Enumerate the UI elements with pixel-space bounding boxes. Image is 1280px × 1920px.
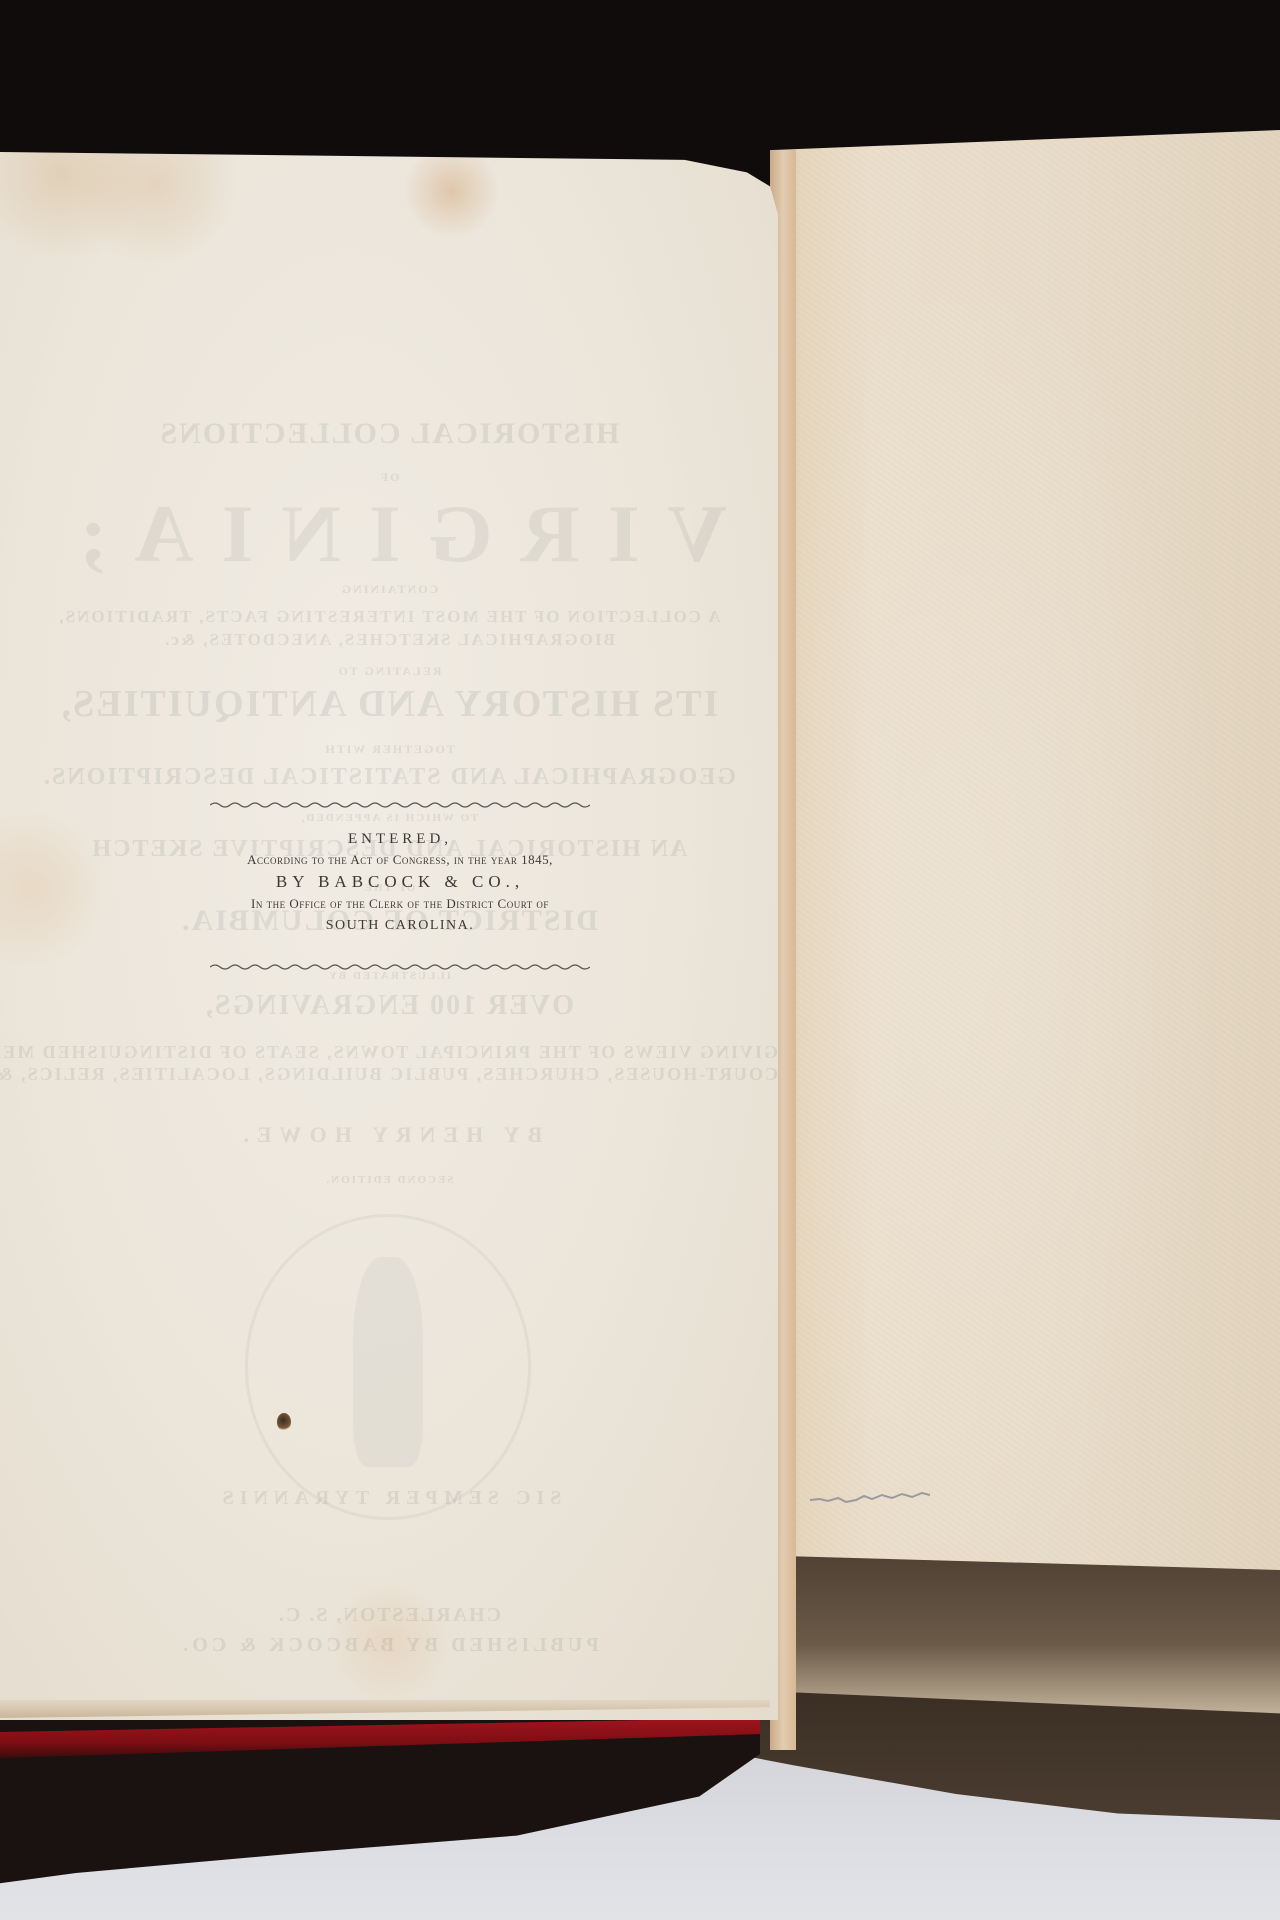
page-tear [810, 1492, 930, 1506]
ghost-line: TO WHICH IS APPENDED, [0, 812, 778, 824]
ghost-line: GIVING VIEWS OF THE PRINCIPAL TOWNS, SEA… [0, 1042, 778, 1063]
state-line: SOUTH CAROLINA. [160, 914, 640, 938]
ghost-line: ITS HISTORY AND ANTIQUITIES, [0, 682, 778, 726]
publisher-line: BY BABCOCK & CO., [160, 870, 640, 894]
ghost-line: BY HENRY HOWE. [0, 1122, 778, 1148]
ghost-line: TOGETHER WITH [0, 742, 778, 757]
ghost-line: OVER 100 ENGRAVINGS, [0, 990, 778, 1022]
ghost-line: CONTAINING [0, 582, 778, 597]
ghost-line: OF [0, 470, 778, 485]
wavy-rule-bottom [210, 962, 590, 972]
ghost-title: VIRGINIA; [0, 487, 778, 581]
wavy-rule-top [210, 800, 590, 810]
ghost-line: HISTORICAL COLLECTIONS [0, 417, 778, 451]
ghost-line: PUBLISHED BY BABCOCK & CO. [0, 1634, 778, 1657]
ghost-line: SIC SEMPER TYRANNIS [0, 1487, 778, 1510]
book-photo: HISTORICAL COLLECTIONS OF VIRGINIA; CONT… [0, 0, 1280, 1920]
ghost-line: BIOGRAPHICAL SKETCHES, ANECDOTES, &c. [0, 630, 778, 650]
ink-stain [277, 1413, 291, 1431]
ghost-line: GEOGRAPHICAL AND STATISTICAL DESCRIPTION… [0, 764, 778, 791]
ghost-line: CHARLESTON, S. C. [0, 1604, 778, 1627]
right-blank-page [770, 130, 1280, 1570]
ghost-line: SECOND EDITION. [0, 1174, 778, 1186]
ghost-line: A COLLECTION OF THE MOST INTERESTING FAC… [0, 607, 778, 627]
ghost-line: COURT-HOUSES, CHURCHES, PUBLIC BUILDINGS… [0, 1064, 778, 1085]
entered-heading: ENTERED, [160, 828, 640, 850]
act-of-congress-line: According to the Act of Congress, in the… [160, 850, 640, 870]
ghost-line: RELATING TO [0, 664, 778, 679]
clerk-office-line: In the Office of the Clerk of the Distri… [160, 894, 640, 914]
copyright-notice: ENTERED, According to the Act of Congres… [160, 828, 640, 938]
ghost-seal-emblem [245, 1214, 531, 1520]
